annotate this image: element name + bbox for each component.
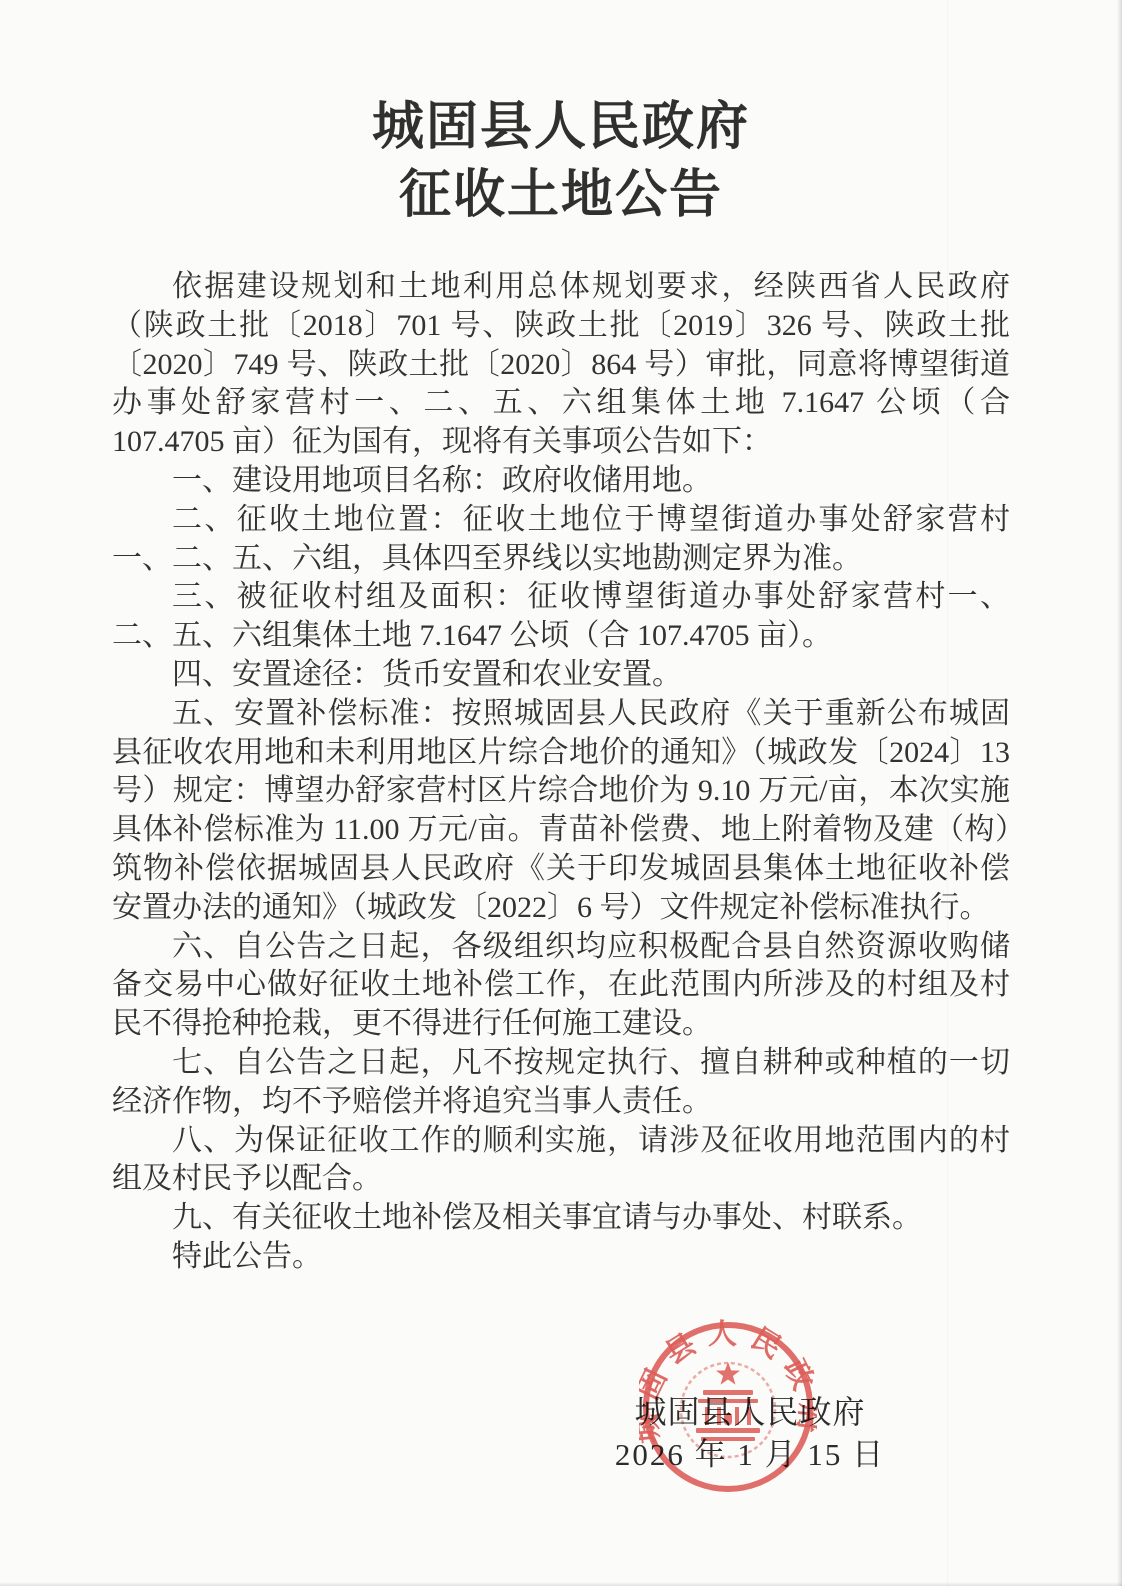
signature-block: 城固县人民政府 2026 年 1 月 15 日 [562,1390,938,1476]
seal-star-icon [716,1362,740,1385]
paragraph: 七、自公告之日起，凡不按规定执行、擅自耕种或种植的一切经济作物，均不予赔偿并将追… [112,1044,1010,1122]
title-line-2: 征收土地公告 [0,162,1122,230]
paragraph: 四、安置途径：货币安置和农业安置。 [112,656,1010,695]
paragraph: 依据建设规划和土地利用总体规划要求，经陕西省人民政府（陕政土批〔2018〕701… [112,268,1010,462]
signature-date: 2026 年 1 月 15 日 [562,1434,938,1476]
announcement-body: 依据建设规划和土地利用总体规划要求，经陕西省人民政府（陕政土批〔2018〕701… [112,268,1010,1277]
paragraph: 一、建设用地项目名称：政府收储用地。 [112,462,1010,501]
document-title: 城固县人民政府 征收土地公告 [0,94,1122,230]
paragraph: 五、安置补偿标准：按照城固县人民政府《关于重新公布城固县征收农用地和未利用地区片… [112,695,1010,928]
announcement-page: 城固县人民政府 征收土地公告 依据建设规划和土地利用总体规划要求，经陕西省人民政… [0,0,1122,1586]
paragraph: 九、有关征收土地补偿及相关事宜请与办事处、村联系。 [112,1199,1010,1238]
paragraph: 特此公告。 [112,1238,1010,1277]
paragraph: 二、征收土地位置：征收土地位于博望街道办事处舒家营村一、二、五、六组，具体四至界… [112,501,1010,579]
paragraph: 六、自公告之日起，各级组织均应积极配合县自然资源收购储备交易中心做好征收土地补偿… [112,928,1010,1044]
paragraph: 八、为保证征收工作的顺利实施，请涉及征收用地范围内的村组及村民予以配合。 [112,1122,1010,1200]
title-line-1: 城固县人民政府 [0,94,1122,162]
signature-issuer: 城固县人民政府 [562,1390,938,1434]
paragraph: 三、被征收村组及面积：征收博望街道办事处舒家营村一、二、五、六组集体土地 7.1… [112,578,1010,656]
